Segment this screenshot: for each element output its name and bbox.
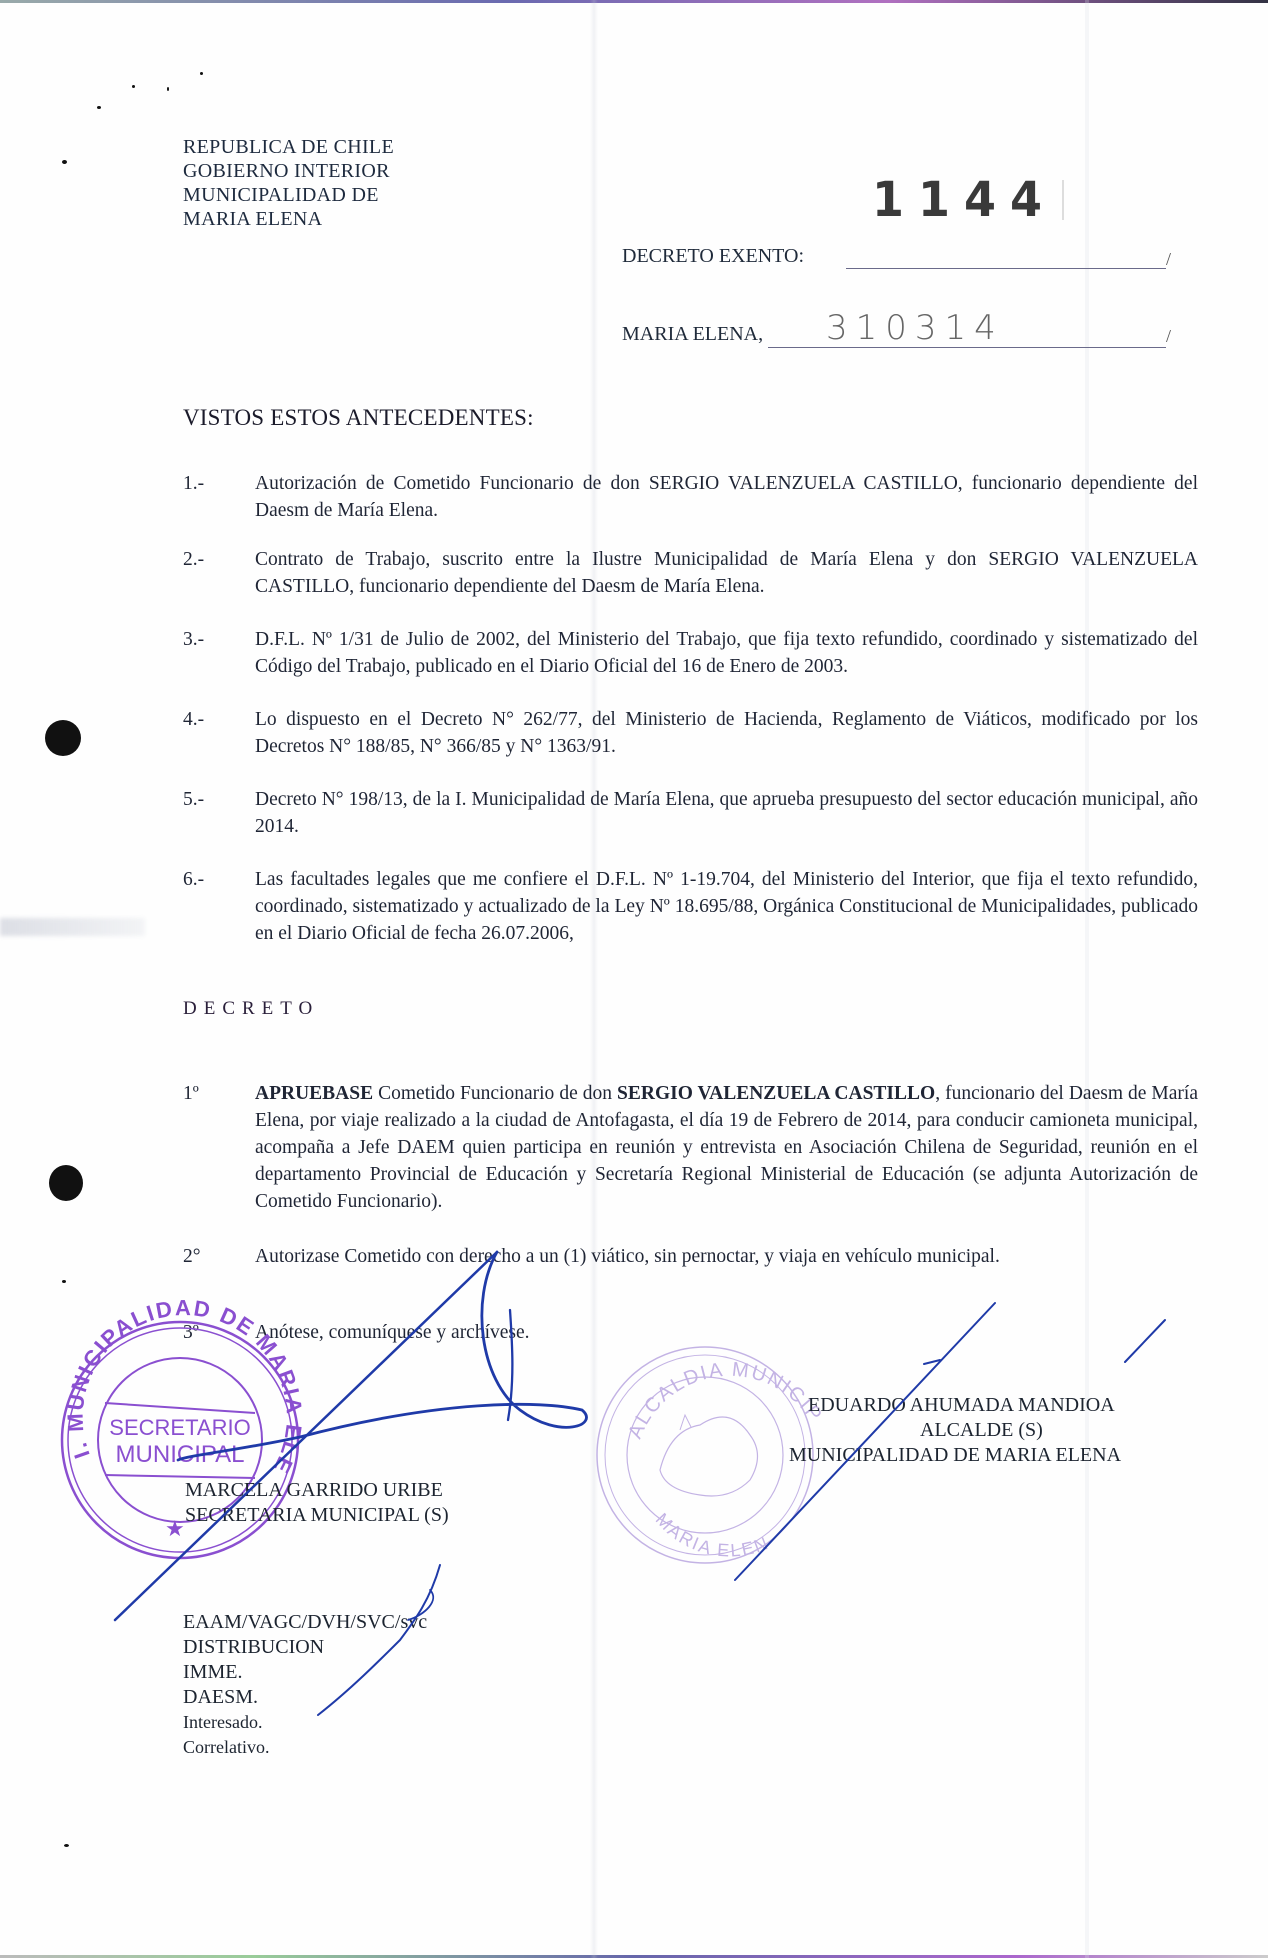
scan-edge-top	[0, 0, 1268, 3]
scan-speck	[62, 1280, 66, 1283]
decreto-title: DECRETO	[183, 998, 319, 1020]
scan-speck	[62, 160, 67, 164]
signature-stroke	[924, 1360, 940, 1364]
date-stamp: 310314	[826, 308, 1004, 348]
article-text: APRUEBASE Cometido Funcionario de don SE…	[255, 1080, 1198, 1215]
paper-fold	[590, 0, 598, 1958]
item-number: 1.-	[183, 470, 204, 497]
secretary-title: SECRETARIA MUNICIPAL (S)	[185, 1503, 449, 1528]
decree-exento-label: DECRETO EXENTO:	[622, 245, 804, 268]
antecedentes-title: VISTOS ESTOS ANTECEDENTES:	[183, 405, 534, 431]
item-text: Lo dispuesto en el Decreto N° 262/77, de…	[255, 706, 1198, 760]
item-number: 2.-	[183, 546, 204, 573]
seal-center-text: MUNICIPAL	[116, 1441, 245, 1468]
signature-stroke	[115, 1252, 497, 1620]
document-page: REPUBLICA DE CHILE GOBIERNO INTERIOR MUN…	[0, 0, 1268, 1958]
item-text: Contrato de Trabajo, suscrito entre la I…	[255, 546, 1198, 600]
antecedente-item: 6.- Las facultades legales que me confie…	[183, 866, 1198, 947]
distribution-recipient: Correlativo.	[183, 1735, 427, 1760]
letterhead-line: MARIA ELENA	[183, 207, 394, 231]
reference-initials: EAAM/VAGC/DVH/SVC/svc	[183, 1610, 427, 1635]
punch-hole-mark	[49, 1165, 83, 1201]
article-number: 2°	[183, 1243, 201, 1270]
scan-speck	[64, 1844, 69, 1847]
article-item: 2° Autorizase Cometido con derecho a un …	[183, 1243, 1198, 1270]
letterhead-line: MUNICIPALIDAD DE	[183, 183, 394, 207]
antecedente-item: 1.- Autorización de Cometido Funcionario…	[183, 470, 1198, 524]
antecedente-item: 5.- Decreto N° 198/13, de la I. Municipa…	[183, 786, 1198, 840]
signature-stroke	[178, 1252, 586, 1460]
item-number: 5.-	[183, 786, 204, 813]
letterhead: REPUBLICA DE CHILE GOBIERNO INTERIOR MUN…	[183, 135, 394, 231]
distribution-block: EAAM/VAGC/DVH/SVC/svc DISTRIBUCION IMME.…	[183, 1610, 427, 1760]
scan-speck	[167, 87, 169, 91]
decree-number-stamp: 1144	[872, 171, 1056, 228]
item-text: D.F.L. Nº 1/31 de Julio de 2002, del Min…	[255, 626, 1198, 680]
decree-exento-line	[846, 268, 1166, 269]
item-text: Autorización de Cometido Funcionario de …	[255, 470, 1198, 524]
mayor-name: EDUARDO AHUMADA MANDIOA	[808, 1393, 1115, 1418]
antecedente-item: 3.- D.F.L. Nº 1/31 de Julio de 2002, del…	[183, 626, 1198, 680]
slash-mark: /	[1166, 326, 1171, 347]
scan-speck	[200, 72, 203, 75]
distribution-title: DISTRIBUCION	[183, 1635, 427, 1660]
punch-hole-mark	[45, 720, 81, 756]
article-text-part: Cometido Funcionario de don	[373, 1083, 617, 1104]
scan-speck	[97, 106, 101, 109]
item-number: 3.-	[183, 626, 204, 653]
distribution-recipient: DAESM.	[183, 1685, 427, 1710]
slash-mark: /	[1166, 249, 1171, 270]
article-number: 1º	[183, 1080, 199, 1107]
distribution-recipient: Interesado.	[183, 1710, 427, 1735]
mayor-title: ALCALDE (S)	[920, 1418, 1043, 1443]
article-lead: APRUEBASE	[255, 1083, 373, 1104]
distribution-recipient: IMME.	[183, 1660, 427, 1685]
stamp-ghost-mark	[1040, 180, 1064, 220]
article-item: 1º APRUEBASE Cometido Funcionario de don…	[183, 1080, 1198, 1215]
seal-center-text: SECRETARIO	[109, 1415, 250, 1440]
paper-fold	[1085, 0, 1089, 1958]
mayor-org: MUNICIPALIDAD DE MARIA ELENA	[789, 1443, 1121, 1468]
letterhead-line: REPUBLICA DE CHILE	[183, 135, 394, 159]
employee-name: SERGIO VALENZUELA CASTILLO	[617, 1083, 935, 1104]
scan-speck	[132, 85, 135, 88]
item-text: Las facultades legales que me confiere e…	[255, 866, 1198, 947]
article-item: 3º Anótese, comuníquese y archívese.	[183, 1319, 1198, 1346]
item-number: 6.-	[183, 866, 204, 893]
place-label: MARIA ELENA,	[622, 323, 763, 346]
item-number: 4.-	[183, 706, 204, 733]
item-text: Decreto N° 198/13, de la I. Municipalida…	[255, 786, 1198, 840]
article-text: Anótese, comuníquese y archívese.	[255, 1319, 1198, 1346]
scan-smudge	[0, 918, 145, 936]
article-number: 3º	[183, 1319, 199, 1346]
secretary-name: MARCELA GARRIDO URIBE	[185, 1478, 443, 1503]
antecedente-item: 4.- Lo dispuesto en el Decreto N° 262/77…	[183, 706, 1198, 760]
article-text: Autorizase Cometido con derecho a un (1)…	[255, 1243, 1198, 1270]
antecedente-item: 2.- Contrato de Trabajo, suscrito entre …	[183, 546, 1198, 600]
star-icon: ★	[165, 1516, 185, 1541]
letterhead-line: GOBIERNO INTERIOR	[183, 159, 394, 183]
